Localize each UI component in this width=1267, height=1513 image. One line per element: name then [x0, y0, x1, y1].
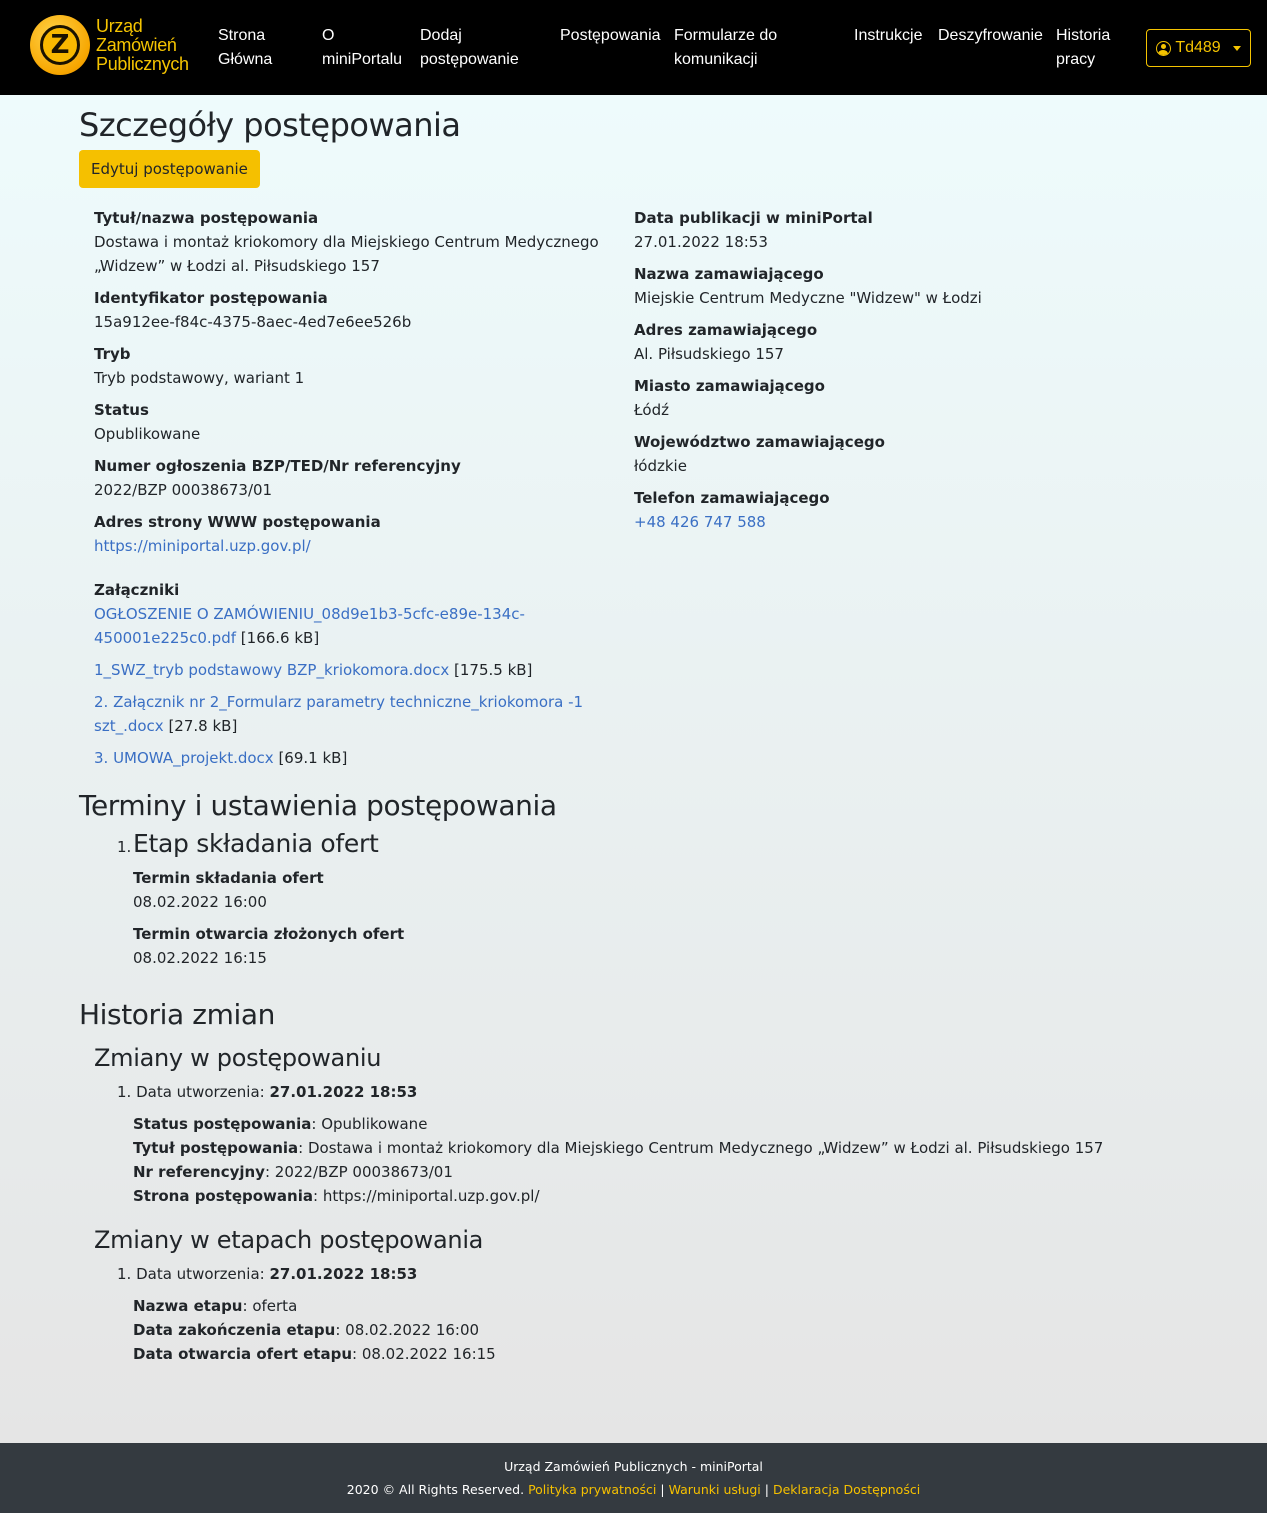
- field-buyer-voivodeship: Województwo zamawiającego łódzkie: [634, 430, 1134, 478]
- terms-heading: Terminy i ustawienia postępowania: [79, 786, 1267, 826]
- nav-postepowania[interactable]: Postępowania: [560, 24, 661, 48]
- accessibility-declaration-link[interactable]: Deklaracja Dostępności: [773, 1482, 920, 1497]
- attachment-link[interactable]: 1_SWZ_tryb podstawowy BZP_kriokomora.doc…: [94, 661, 449, 679]
- attachment-item: 2. Załącznik nr 2_Formularz parametry te…: [94, 690, 654, 738]
- nav-strona-glowna[interactable]: Strona Główna: [218, 24, 272, 72]
- attachment-link[interactable]: 3. UMOWA_projekt.docx: [94, 749, 274, 767]
- field-notice-number: Numer ogłoszenia BZP/TED/Nr referencyjny…: [94, 454, 634, 502]
- attachment-size: [166.6 kB]: [241, 629, 319, 647]
- field-www: Adres strony WWW postępowania https://mi…: [94, 510, 634, 558]
- brand-text: Urząd Zamówień Publicznych: [96, 17, 189, 74]
- privacy-policy-link[interactable]: Polityka prywatności: [528, 1482, 656, 1497]
- field-identifier: Identyfikator postępowania 15a912ee-f84c…: [94, 286, 634, 334]
- terms-of-service-link[interactable]: Warunki usługi: [669, 1482, 761, 1497]
- footer-title: Urząd Zamówień Publicznych - miniPortal: [0, 1455, 1267, 1478]
- caret-down-icon: [1233, 46, 1241, 51]
- field-mode: Tryb Tryb podstawowy, wariant 1: [94, 342, 634, 390]
- nav-o-miniportalu[interactable]: O miniPortalu: [322, 24, 402, 72]
- nav-deszyfrowanie[interactable]: Deszyfrowanie: [938, 24, 1043, 48]
- page-title: Szczegóły postępowania: [79, 103, 1267, 147]
- proceeding-details: Tytuł/nazwa postępowania Dostawa i monta…: [79, 206, 1267, 566]
- proceeding-url-link[interactable]: https://miniportal.uzp.gov.pl/: [94, 537, 311, 555]
- change-item: 1. Data utworzenia: 27.01.2022 18:53 Naz…: [79, 1262, 1267, 1366]
- field-buyer-name: Nazwa zamawiającego Miejskie Centrum Med…: [634, 262, 1134, 310]
- attachment-item: 1_SWZ_tryb podstawowy BZP_kriokomora.doc…: [94, 658, 654, 682]
- footer: Urząd Zamówień Publicznych - miniPortal …: [0, 1443, 1267, 1513]
- top-navbar: Z Urząd Zamówień Publicznych Strona Głów…: [0, 0, 1267, 95]
- field-offer-deadline: Termin składania ofert 08.02.2022 16:00: [133, 866, 1267, 914]
- footer-links: 2020 © All Rights Reserved. Polityka pry…: [0, 1478, 1267, 1501]
- field-publication-date: Data publikacji w miniPortal 27.01.2022 …: [634, 206, 1134, 254]
- change-item: 1. Data utworzenia: 27.01.2022 18:53 Sta…: [79, 1080, 1267, 1208]
- nav-instrukcje[interactable]: Instrukcje: [854, 24, 922, 48]
- attachment-size: [175.5 kB]: [454, 661, 532, 679]
- edit-proceeding-button[interactable]: Edytuj postępowanie: [79, 150, 260, 188]
- details-right-column: Data publikacji w miniPortal 27.01.2022 …: [634, 206, 1134, 566]
- user-menu-button[interactable]: Td489: [1146, 29, 1251, 67]
- uzp-logo-icon: Z: [30, 15, 90, 75]
- attachment-size: [27.8 kB]: [168, 717, 237, 735]
- field-buyer-phone: Telefon zamawiającego +48 426 747 588: [634, 486, 1134, 534]
- attachment-item: 3. UMOWA_projekt.docx [69.1 kB]: [94, 746, 654, 770]
- brand-logo[interactable]: Z Urząd Zamówień Publicznych: [30, 15, 189, 75]
- stage-item: 1. Etap składania ofert Termin składania…: [79, 826, 1267, 970]
- stage-title: Etap składania ofert: [133, 826, 378, 862]
- details-left-column: Tytuł/nazwa postępowania Dostawa i monta…: [94, 206, 634, 566]
- stage-changes-heading: Zmiany w etapach postępowania: [94, 1222, 1267, 1258]
- field-title: Tytuł/nazwa postępowania Dostawa i monta…: [94, 206, 634, 278]
- attachments-section: Załączniki OGŁOSZENIE O ZAMÓWIENIU_08d9e…: [79, 578, 1267, 770]
- attachment-size: [69.1 kB]: [278, 749, 347, 767]
- proceeding-changes-heading: Zmiany w postępowaniu: [94, 1040, 1267, 1076]
- field-status: Status Opublikowane: [94, 398, 634, 446]
- user-name: Td489: [1175, 39, 1220, 57]
- nav-dodaj-postepowanie[interactable]: Dodaj postępowanie: [420, 24, 519, 72]
- field-opening-date: Termin otwarcia złożonych ofert 08.02.20…: [133, 922, 1267, 970]
- user-circle-icon: [1156, 41, 1171, 56]
- attachment-item: OGŁOSZENIE O ZAMÓWIENIU_08d9e1b3-5cfc-e8…: [94, 602, 654, 650]
- main-content: Szczegóły postępowania Edytuj postępowan…: [0, 95, 1267, 1366]
- nav-formularze[interactable]: Formularze do komunikacji: [674, 24, 777, 72]
- stage-number: 1.: [117, 838, 133, 856]
- nav-historia-pracy[interactable]: Historia pracy: [1056, 24, 1110, 72]
- field-buyer-address: Adres zamawiającego Al. Piłsudskiego 157: [634, 318, 1134, 366]
- history-heading: Historia zmian: [79, 994, 1267, 1036]
- phone-link[interactable]: +48 426 747 588: [634, 513, 766, 531]
- attachments-label: Załączniki: [94, 578, 1267, 602]
- field-buyer-city: Miasto zamawiającego Łódź: [634, 374, 1134, 422]
